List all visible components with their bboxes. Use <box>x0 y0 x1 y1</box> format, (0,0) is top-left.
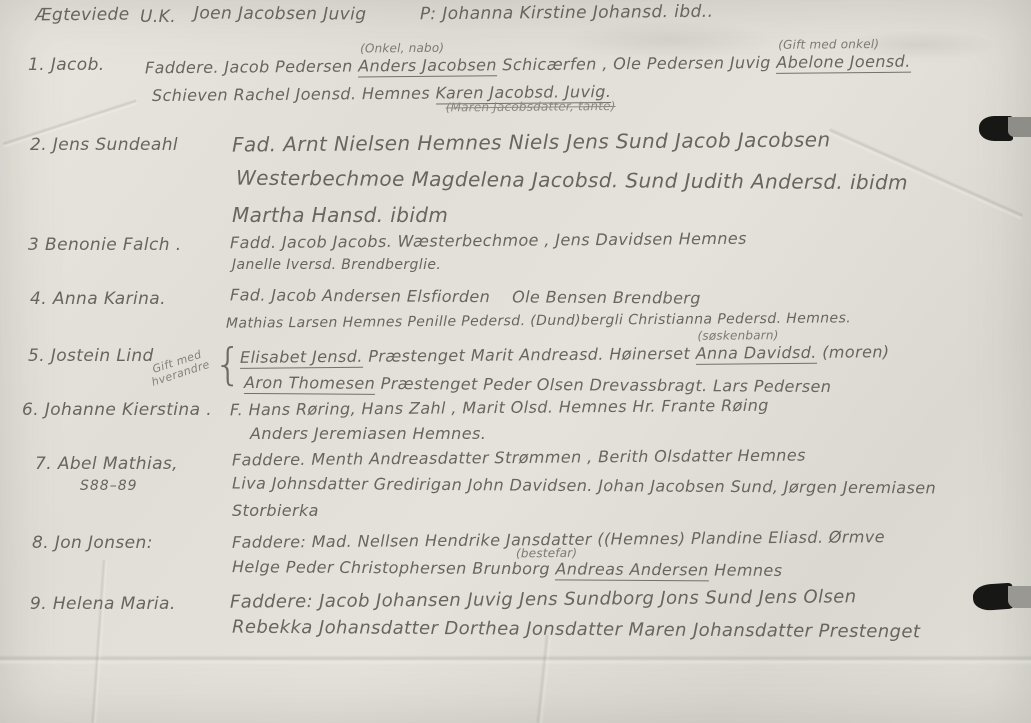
handwritten-segment: Rebekka Johansdatter Dorthea Jonsdatter … <box>232 617 920 643</box>
entry-label: 3 Benonie Falch . <box>28 236 182 256</box>
margin-note: (søskenbarn) <box>697 329 778 344</box>
handwritten-segment: Helge Peder Christophersen Brunborg <box>232 557 556 578</box>
header-item-father: Joen Jacobsen Juvig <box>194 4 367 25</box>
margin-note: (Onkel, nabo) <box>360 42 444 57</box>
entry-line: Faddere: Mad. Nellsen Hendrike Jansdatte… <box>232 528 885 552</box>
handwritten-segment: Westerbechmoe Magdelena Jacobsd. Sund Ju… <box>236 166 908 195</box>
paper-crease <box>0 655 1031 665</box>
entry-line: Anders Jeremiasen Hemnes. <box>250 425 486 443</box>
handwritten-segment: Fad. Jacob Andersen Elsfiorden Ole Bense… <box>230 285 701 307</box>
handwritten-segment: Præstenget Marit Andreasd. Høinerset <box>363 344 696 366</box>
entry-label: 2. Jens Sundeahl <box>30 136 178 156</box>
entry-line: Aron Thomesen Præstenget Peder Olsen Dre… <box>244 374 831 396</box>
entry-line: F. Hans Røring, Hans Zahl , Marit Olsd. … <box>230 397 769 420</box>
handwritten-segment: Martha Hansd. ibidm <box>232 203 448 227</box>
handwritten-segment: Karen Jacobsd. Juvig.(Maren Jacobsdatter… <box>436 82 612 105</box>
handwritten-segment: Janelle Iversd. Brendberglie. <box>232 257 441 273</box>
entry-line: Faddere. Menth Andreasdatter Strømmen , … <box>232 446 806 469</box>
handwritten-segment: Schieven Rachel Joensd. Hemnes <box>152 84 436 105</box>
header-item-uk: U.K. <box>140 8 176 28</box>
ink-blot-shadow <box>1008 117 1031 137</box>
handwritten-segment: Anders Jeremiasen Hemnes. <box>250 424 486 443</box>
entry-sublabel: S88–89 <box>80 478 138 494</box>
handwritten-segment: Faddere. Jacob Pedersen <box>145 56 358 77</box>
scanned-document-page: Ægteviede U.K. Joen Jacobsen Juvig P: Jo… <box>0 0 1031 723</box>
entry-line: Fad. Arnt Nielsen Hemnes Niels Jens Sund… <box>232 128 831 156</box>
entry-side-note: Gift med hverandre <box>146 347 212 389</box>
handwritten-segment: Anna Davidsd.(søskenbarn) <box>696 343 817 365</box>
ghost-writing-smudge <box>560 20 780 60</box>
entry-label: 9. Helena Maria. <box>30 595 176 615</box>
handwritten-segment: ((Hemnes) Plandine Eliasd. Ørmve <box>592 527 885 549</box>
entry-label: 4. Anna Karina. <box>30 290 166 310</box>
handwritten-segment: Præstenget Peder Olsen Drevassbragt. Lar… <box>375 374 831 396</box>
entry-line: Elisabet Jensd. Præstenget Marit Andreas… <box>240 343 890 367</box>
entry-line: Faddere. Jacob Pedersen Anders Jacobsen(… <box>145 53 911 78</box>
handwritten-segment: Fadd. Jacob Jacobs. Wæsterbechmoe , Jens… <box>230 229 747 253</box>
entry-line: Storbierka <box>232 502 319 520</box>
entry-line: Helge Peder Christophersen Brunborg Andr… <box>232 558 783 580</box>
handwritten-segment: Liva Johnsdatter Gredirigan John Davidse… <box>232 474 936 498</box>
entry-label: 8. Jon Jonsen: <box>32 534 153 554</box>
margin-note: (Maren Jacobsdatter, tante) <box>446 100 616 115</box>
handwritten-segment: Hemnes <box>709 560 783 580</box>
handwritten-segment: (moren) <box>817 342 890 362</box>
paper-crease <box>535 635 552 723</box>
header-item-married: Ægteviede <box>35 6 130 26</box>
handwritten-segment: Andreas Andersen <box>555 559 708 581</box>
entry-line: Janelle Iversd. Brendberglie. <box>232 257 441 273</box>
entry-label: 6. Johanne Kierstina . <box>22 401 212 421</box>
entry-line: Liva Johnsdatter Gredirigan John Davidse… <box>232 475 936 498</box>
entry-line: Faddere: Jacob Johansen Juvig Jens Sundb… <box>230 587 857 613</box>
entry-line: Rebekka Johansdatter Dorthea Jonsdatter … <box>232 618 920 643</box>
entry-label: 1. Jacob. <box>28 56 105 76</box>
entry-label: 5. Jostein Lind <box>28 347 154 367</box>
entry-line: Martha Hansd. ibidm <box>232 204 448 227</box>
ghost-writing-smudge <box>840 30 1000 60</box>
entry-label: 7. Abel Mathias, <box>35 455 178 475</box>
handwritten-segment: Faddere. Menth Andreasdatter Strømmen , … <box>232 445 806 469</box>
handwritten-segment: Jansdatter(bestefar) <box>506 530 592 550</box>
handwritten-segment: Faddere: Mad. Nellsen Hendrike <box>232 530 506 551</box>
handwritten-segment: F. Hans Røring, Hans Zahl , Marit Olsd. … <box>230 396 769 420</box>
handwritten-segment: Elisabet Jensd. <box>240 347 363 369</box>
handwritten-segment: Storbierka <box>232 501 319 520</box>
entry-line: Fadd. Jacob Jacobs. Wæsterbechmoe , Jens… <box>230 230 747 253</box>
entry-line: Westerbechmoe Magdelena Jacobsd. Sund Ju… <box>236 167 908 195</box>
entry-line: Schieven Rachel Joensd. Hemnes Karen Jac… <box>152 83 611 105</box>
ink-blot-shadow <box>1008 586 1031 608</box>
brace-glyph: { <box>214 340 242 391</box>
entry-line: Fad. Jacob Andersen Elsfiorden Ole Bense… <box>230 286 701 308</box>
handwritten-segment: Aron Thomesen <box>244 373 375 395</box>
handwritten-segment: Fad. Arnt Nielsen Hemnes Niels Jens Sund… <box>232 127 831 156</box>
paper-crease <box>90 560 108 723</box>
handwritten-segment: Faddere: Jacob Johansen Juvig Jens Sundb… <box>230 586 857 612</box>
handwritten-segment: Anders Jacobsen(Onkel, nabo) <box>358 55 497 77</box>
